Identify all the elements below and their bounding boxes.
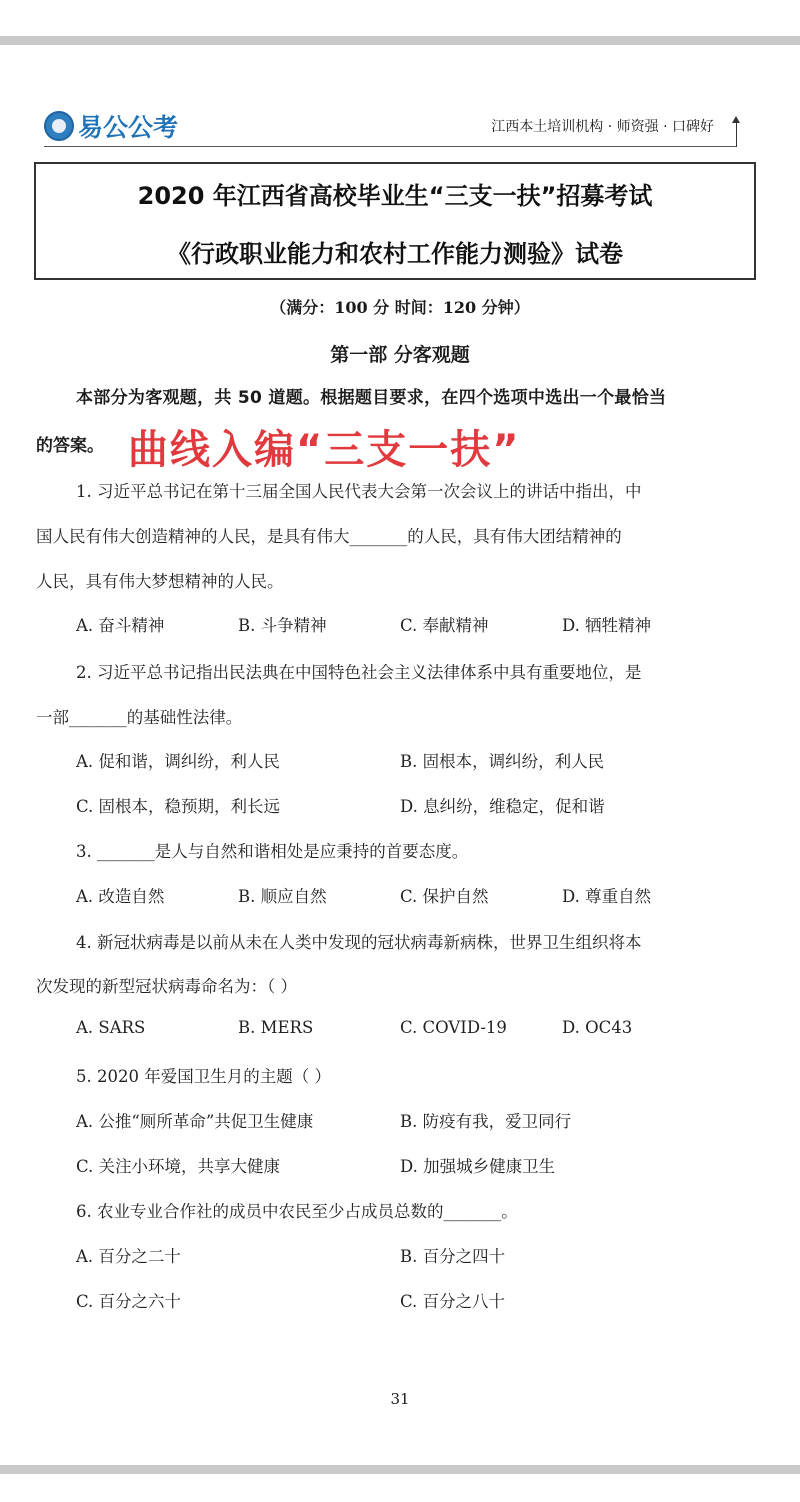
question-1-option-c: C. 奉献精神 — [400, 612, 489, 636]
question-4-option-d: D. OC43 — [562, 1018, 632, 1037]
bottom-divider-bar — [0, 1465, 800, 1474]
question-3-option-b: B. 顺应自然 — [238, 883, 327, 907]
question-3-line-1: 3. _______是人与自然和谐相处是应秉持的首要态度。 — [76, 838, 468, 862]
brand-name: 易公公考 — [78, 108, 178, 144]
exam-subtitle: 《行政职业能力和农村工作能力测验》试卷 — [36, 234, 754, 269]
question-4-line-1: 4. 新冠状病毒是以前从未在人类中发现的冠状病毒新病株，世界卫生组织将本 — [76, 929, 642, 953]
page-number: 31 — [0, 1390, 800, 1408]
question-1-option-a: A. 奋斗精神 — [76, 612, 164, 636]
question-5-option-c: C. 关注小环境，共享大健康 — [76, 1153, 280, 1177]
question-5-line-1: 5. 2020 年爱国卫生月的主题（ ） — [76, 1063, 331, 1087]
question-3-option-a: A. 改造自然 — [76, 883, 164, 907]
header-rule — [44, 146, 736, 147]
question-4-option-a: A. SARS — [76, 1018, 145, 1037]
question-4-option-c: C. COVID-19 — [400, 1018, 507, 1037]
question-1-line-3: 人民，具有伟大梦想精神的人民。 — [36, 568, 284, 592]
question-6-option-c: C. 百分之六十 — [76, 1288, 181, 1312]
question-6-option-d: C. 百分之八十 — [400, 1288, 505, 1312]
exam-title: 2020 年江西省高校毕业生“三支一扶”招募考试 — [36, 176, 754, 211]
section-title: 第一部 分客观题 — [0, 340, 800, 367]
instructions-line-2: 的答案。 — [36, 431, 104, 456]
instructions-line-1: 本部分为客观题，共 50 道题。根据题目要求，在四个选项中选出一个最恰当 — [76, 383, 666, 408]
question-5-option-b: B. 防疫有我，爱卫同行 — [400, 1108, 571, 1132]
question-6-option-b: B. 百分之四十 — [400, 1243, 505, 1267]
question-2-option-a: A. 促和谐，调纠纷，利人民 — [76, 748, 280, 772]
exam-meta: （满分：100 分 时间：120 分钟） — [0, 295, 800, 318]
question-2-option-b: B. 固根本，调纠纷，利人民 — [400, 748, 604, 772]
question-5-option-a: A. 公推“厕所革命”共促卫生健康 — [76, 1108, 313, 1132]
question-1-line-2: 国人民有伟大创造精神的人民，是具有伟大_______的人民，具有伟大团结精神的 — [36, 523, 622, 547]
top-divider-bar — [0, 36, 800, 45]
question-1-option-d: D. 牺牲精神 — [562, 612, 651, 636]
question-4-line-2: 次发现的新型冠状病毒命名为：（ ） — [36, 973, 297, 997]
arrow-up-icon — [732, 116, 740, 123]
question-2-line-2: 一部_______的基础性法律。 — [36, 704, 242, 728]
question-2-line-1: 2. 习近平总书记指出民法典在中国特色社会主义法律体系中具有重要地位，是 — [76, 659, 642, 683]
page-header: 易公公考 江西本土培训机构 · 师资强 · 口碑好 — [30, 104, 750, 150]
header-slogan: 江西本土培训机构 · 师资强 · 口碑好 — [491, 116, 714, 136]
question-4-option-b: B. MERS — [238, 1018, 313, 1037]
question-2-option-c: C. 固根本，稳预期，利长远 — [76, 793, 280, 817]
question-1-line-1: 1. 习近平总书记在第十三届全国人民代表大会第一次会议上的讲话中指出，中 — [76, 478, 642, 502]
question-3-option-c: C. 保护自然 — [400, 883, 489, 907]
question-6-option-a: A. 百分之二十 — [76, 1243, 181, 1267]
brand-emblem-icon — [44, 111, 74, 141]
question-1-option-b: B. 斗争精神 — [238, 612, 327, 636]
exam-title-box: 2020 年江西省高校毕业生“三支一扶”招募考试 《行政职业能力和农村工作能力测… — [34, 162, 756, 280]
question-5-option-d: D. 加强城乡健康卫生 — [400, 1153, 555, 1177]
question-2-option-d: D. 息纠纷，维稳定，促和谐 — [400, 793, 605, 817]
question-6-line-1: 6. 农业专业合作社的成员中农民至少占成员总数的_______。 — [76, 1198, 518, 1222]
arrow-up-icon-stem — [736, 122, 737, 147]
question-3-option-d: D. 尊重自然 — [562, 883, 651, 907]
promo-stamp: 曲线入编“三支一扶” — [128, 418, 521, 475]
brand-logo: 易公公考 — [44, 108, 178, 144]
